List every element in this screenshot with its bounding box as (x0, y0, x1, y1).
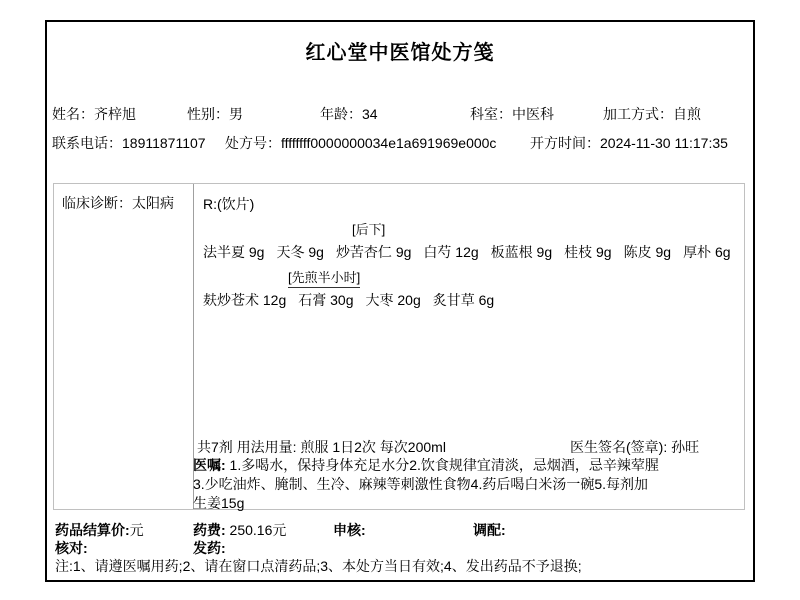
rx-header: R:(饮片) (203, 196, 254, 212)
footer-note: 注:1、请遵医嘱用药;2、请在窗口点清药品;3、本处方当日有效;4、发出药品不予… (55, 558, 582, 574)
diagnosis-value: 太阳病 (132, 195, 174, 211)
doctor-signature-field: 医生签名(签章): 孙旺 (570, 439, 699, 455)
phone-value: 18911871107 (122, 135, 206, 151)
settlement-price-label: 药品结算价: (55, 522, 130, 538)
department-value: 中医科 (512, 106, 554, 122)
page-title: 红心堂中医馆处方笺 (47, 36, 753, 65)
issue-time-field: 开方时间：2024-11-30 11:17:35 (530, 135, 728, 151)
patient-age-value: 34 (362, 106, 378, 122)
department-label: 科室： (470, 106, 512, 122)
dispense-label: 发药: (193, 540, 226, 556)
processing-method-field: 加工方式：自煎 (603, 106, 701, 122)
patient-gender-field: 性别：男 (187, 106, 243, 122)
herb-item: 桂枝 9g (564, 244, 611, 260)
issue-time-label: 开方时间： (530, 135, 600, 151)
issue-time-value: 2024-11-30 11:17:35 (600, 135, 728, 151)
phone-label: 联系电话： (52, 135, 122, 151)
review-label: 申核: (333, 522, 366, 538)
doctor-signature-label: 医生签名(签章): (570, 439, 671, 455)
prescription-box: 临床诊断：太阳病 R:(饮片) [后下] 法半夏 9g天冬 9g炒苦杏仁 9g白… (53, 183, 745, 510)
processing-method-label: 加工方式： (603, 106, 673, 122)
rx-number-value: ffffffff0000000034e1a691969e000c (281, 135, 496, 151)
settlement-price-value: 元 (130, 522, 144, 538)
patient-name-label: 姓名： (52, 106, 94, 122)
herb-item: 白芍 12g (423, 244, 478, 260)
prescription-sheet: 红心堂中医馆处方笺 姓名：齐梓旭 性别：男 年龄：34 科室：中医科 加工方式：… (45, 20, 755, 582)
settlement-price-field: 药品结算价:元 (55, 522, 144, 538)
medicine-fee-field: 药费: 250.16元 (193, 522, 286, 538)
herb-group-tag-post-added: [后下] (352, 222, 385, 238)
department-field: 科室：中医科 (470, 106, 554, 122)
herb-group-tag-pre-decoct: [先煎半小时] (288, 270, 360, 288)
herb-item: 炙甘草 6g (433, 292, 494, 308)
patient-name-value: 齐梓旭 (94, 106, 136, 122)
doctor-signature-value: 孙旺 (671, 439, 699, 455)
prescription-page: 红心堂中医馆处方笺 姓名：齐梓旭 性别：男 年龄：34 科室：中医科 加工方式：… (0, 0, 800, 600)
rx-number-label: 处方号： (225, 135, 281, 151)
patient-gender-label: 性别： (187, 106, 229, 122)
rx-number-field: 处方号：ffffffff0000000034e1a691969e000c (225, 135, 496, 151)
patient-age-label: 年龄： (320, 106, 362, 122)
processing-method-value: 自煎 (673, 106, 701, 122)
doctor-advice: 医嘱: 1.多喝水，保持身体充足水分2.饮食规律宜清淡，忌烟酒，忌辛辣荤腥3.少… (193, 456, 661, 513)
herb-item: 大枣 20g (366, 292, 421, 308)
herb-item: 石膏 30g (298, 292, 353, 308)
patient-age-field: 年龄：34 (320, 106, 378, 122)
diagnosis-field: 临床诊断：太阳病 (62, 195, 174, 211)
herbs-line-2: 麸炒苍术 12g石膏 30g大枣 20g炙甘草 6g (203, 292, 506, 308)
patient-gender-value: 男 (229, 106, 243, 122)
doctor-advice-label: 医嘱: (193, 457, 226, 473)
herb-item: 板蓝根 9g (491, 244, 552, 260)
dosage-line: 共7剂 用法用量: 煎服 1日2次 每次200ml (197, 439, 446, 455)
herb-item: 法半夏 9g (203, 244, 264, 260)
diagnosis-label: 临床诊断： (62, 195, 132, 211)
herb-item: 炒苦杏仁 9g (336, 244, 411, 260)
medicine-fee-label: 药费: (193, 522, 226, 538)
phone-field: 联系电话：18911871107 (52, 135, 206, 151)
herb-item: 麸炒苍术 12g (203, 292, 286, 308)
check-label: 核对: (55, 540, 88, 556)
herb-item: 天冬 9g (276, 244, 323, 260)
patient-name-field: 姓名：齐梓旭 (52, 106, 136, 122)
herb-item: 陈皮 9g (624, 244, 671, 260)
herb-item: 厚朴 6g (683, 244, 730, 260)
medicine-fee-value: 250.16元 (226, 522, 287, 538)
doctor-advice-text: 1.多喝水，保持身体充足水分2.饮食规律宜清淡，忌烟酒，忌辛辣荤腥3.少吃油炸、… (193, 457, 659, 511)
herbs-line-1: 法半夏 9g天冬 9g炒苦杏仁 9g白芍 12g板蓝根 9g桂枝 9g陈皮 9g… (203, 244, 743, 260)
compound-label: 调配: (473, 522, 506, 538)
